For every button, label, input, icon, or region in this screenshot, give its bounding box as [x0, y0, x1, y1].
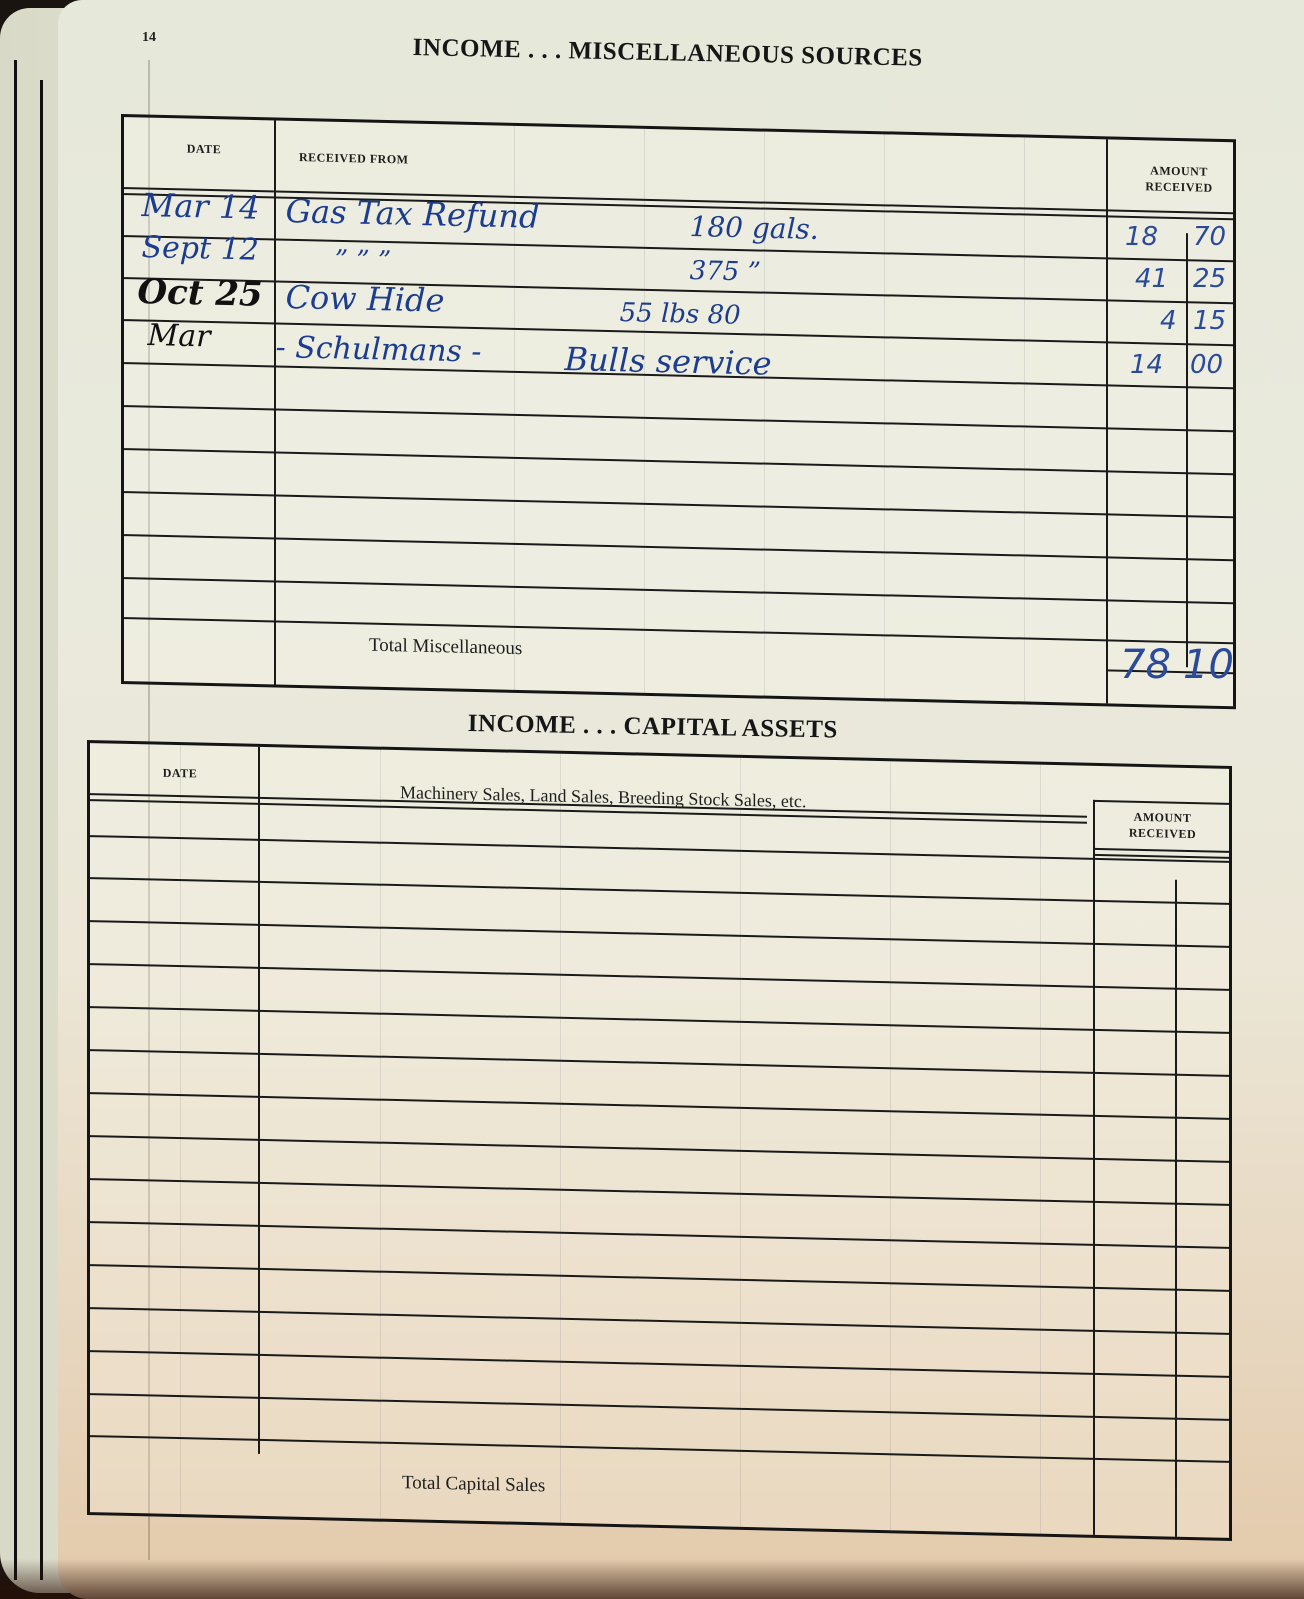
misc-date-header: DATE — [164, 140, 244, 158]
capital-assets-table: DATE Machinery Sales, Land Sales, Breedi… — [87, 740, 1232, 1541]
misc-row-source: Cow Hide — [285, 278, 445, 320]
misc-total-cents: 10 — [1183, 642, 1234, 688]
back-page-rule-2 — [40, 80, 43, 1580]
misc-row-note: 375 ” — [689, 256, 761, 288]
misc-row-cents: 15 — [1193, 306, 1226, 336]
back-page-rule-1 — [14, 60, 17, 1580]
amount-column-divider — [1093, 800, 1095, 1535]
misc-total-dollars: 78 — [1120, 642, 1171, 688]
misc-row-note: 55 lbs 80 — [619, 298, 741, 331]
misc-row-date: Mar 14 — [141, 186, 260, 227]
misc-row-source: Gas Tax Refund — [285, 192, 540, 236]
misc-row-note: Bulls service — [564, 340, 772, 383]
page-number: 14 — [142, 30, 156, 46]
misc-row-dollars: 41 — [1135, 264, 1168, 294]
misc-row-cents: 00 — [1190, 350, 1223, 380]
misc-row-source: ” ” ” — [334, 245, 391, 276]
capital-date-header: DATE — [140, 764, 220, 782]
misc-row-dollars: 14 — [1130, 350, 1163, 380]
date-column-divider — [258, 747, 260, 1454]
misc-row-cents: 25 — [1193, 264, 1226, 294]
capital-total-label: Total Capital Sales — [402, 1472, 545, 1497]
page-bottom-shadow — [0, 1559, 1304, 1599]
misc-row-cents: 70 — [1193, 222, 1226, 252]
misc-row-dollars: 4 — [1160, 306, 1177, 336]
misc-row-note: 180 gals. — [689, 210, 819, 246]
misc-amount-header: AMOUNT RECEIVED — [1134, 162, 1224, 196]
misc-row-date: Sept 12 — [141, 230, 259, 268]
cents-column-divider — [1175, 880, 1177, 1537]
date-column-divider — [274, 120, 276, 684]
amount-column-divider — [1106, 139, 1108, 703]
misc-row-source: - Schulmans - — [275, 330, 482, 370]
misc-received-from-header: RECEIVED FROM — [299, 149, 409, 167]
misc-row-date: Mar — [147, 318, 211, 354]
misc-total-label: Total Miscellaneous — [369, 635, 522, 660]
capital-amount-header: AMOUNT RECEIVED — [1115, 808, 1210, 842]
misc-row-dollars: 18 — [1125, 222, 1158, 252]
misc-row-date: Oct 25 — [137, 272, 263, 315]
